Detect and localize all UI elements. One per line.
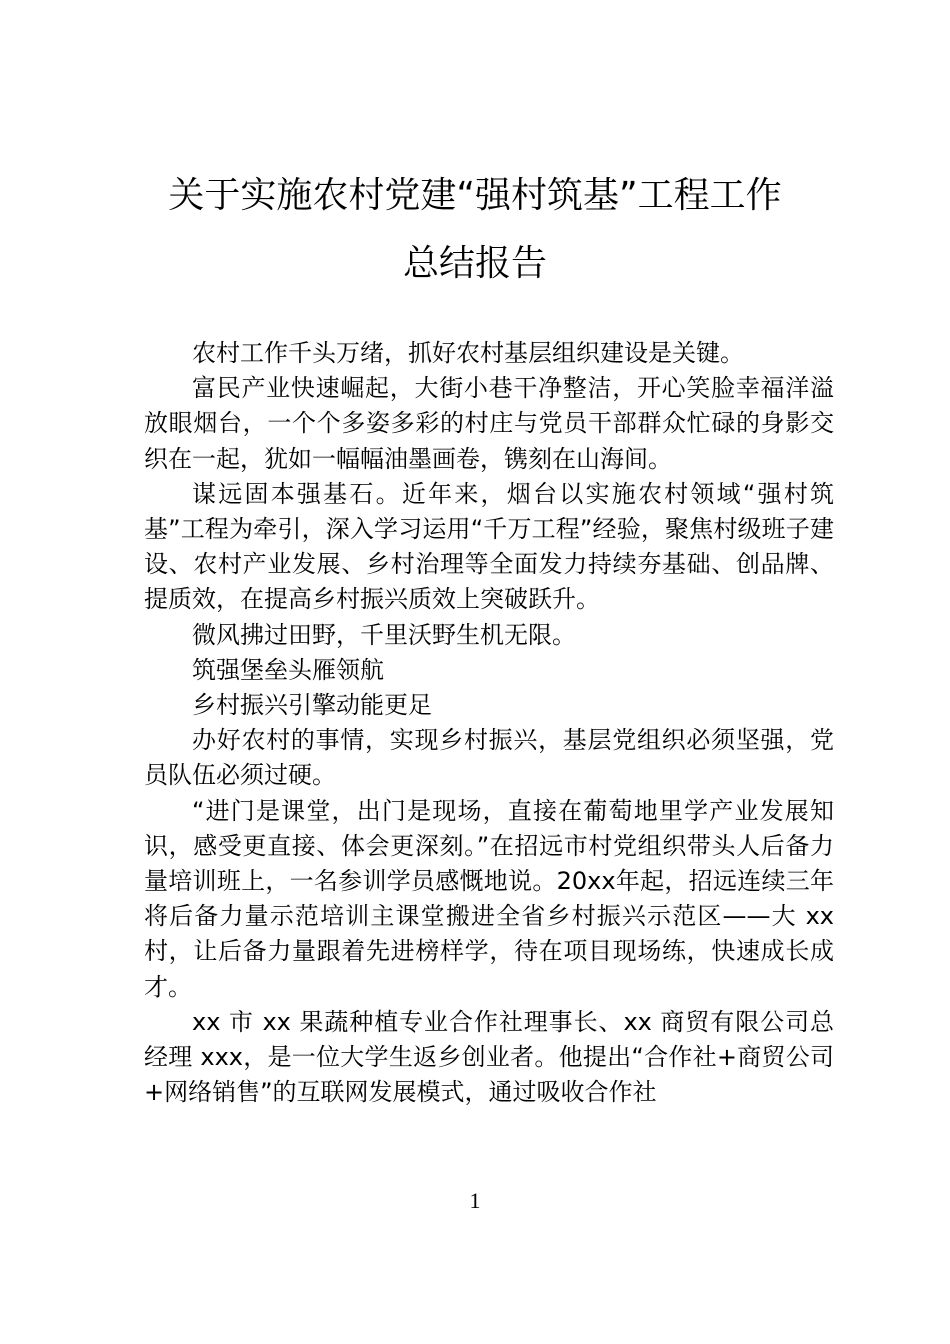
document-body: 农村工作千头万绪，抓好农村基层组织建设是关键。 富民产业快速崛起，大街小巷干净整…: [144, 336, 834, 1110]
paragraph: 办好农村的事情，实现乡村振兴，基层党组织必须坚强，党员队伍必须过硬。: [144, 723, 834, 793]
paragraph: 谋远固本强基石。近年来，烟台以实施农村领域“强村筑基”工程为牵引，深入学习运用“…: [144, 477, 834, 618]
paragraph: “进门是课堂，出门是现场，直接在葡萄地里学产业发展知识，感受更直接、体会更深刻。…: [144, 794, 834, 1005]
page-number: 1: [0, 1188, 950, 1214]
paragraph: 农村工作千头万绪，抓好农村基层组织建设是关键。: [144, 336, 834, 371]
paragraph: xx 市 xx 果蔬种植专业合作社理事长、xx 商贸有限公司总经理 xxx，是一…: [144, 1005, 834, 1111]
document-page: 关于实施农村党建“强村筑基”工程工作 总结报告 农村工作千头万绪，抓好农村基层组…: [0, 0, 950, 1344]
paragraph: 微风拂过田野，千里沃野生机无限。: [144, 618, 834, 653]
section-heading: 筑强堡垒头雁领航: [144, 653, 834, 688]
document-title-line-2: 总结报告: [140, 246, 810, 282]
paragraph: 富民产业快速崛起，大街小巷干净整洁，开心笑脸幸福洋溢放眼烟台，一个个多姿多彩的村…: [144, 371, 834, 477]
document-title-line-1: 关于实施农村党建“强村筑基”工程工作: [140, 178, 810, 214]
section-subheading: 乡村振兴引擎动能更足: [144, 688, 834, 723]
